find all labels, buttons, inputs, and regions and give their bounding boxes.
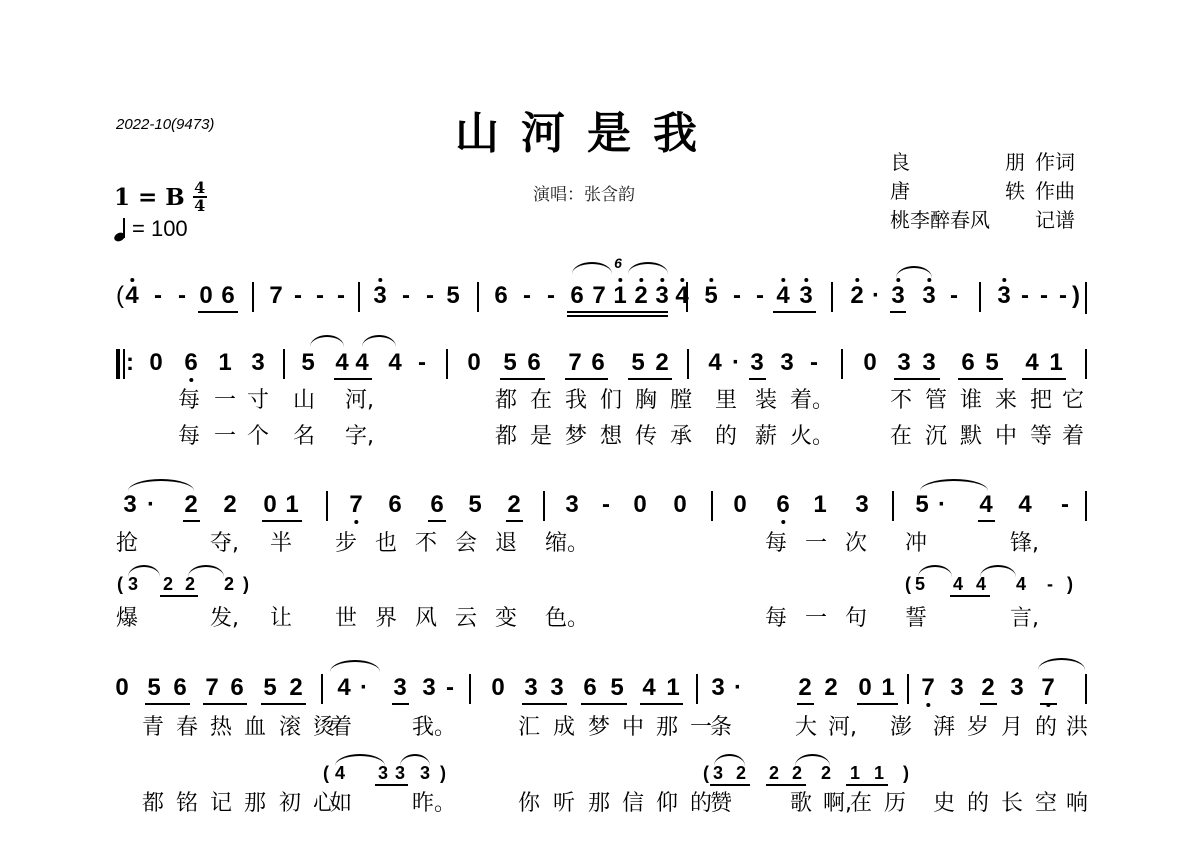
jianpu-note: - xyxy=(1059,284,1067,308)
jianpu-note: 1 xyxy=(813,493,826,517)
catalog-id: 2022-10(9473) xyxy=(116,116,214,133)
credit-name: 良 xyxy=(890,148,910,177)
lyric-char: 如 xyxy=(330,792,352,816)
lyric-char: 的 xyxy=(1035,716,1057,740)
beam-underline xyxy=(640,703,683,705)
barline xyxy=(892,491,894,521)
lyric-char: 是 xyxy=(530,425,552,449)
lyric-char: 抢 xyxy=(116,532,138,556)
jianpu-note: - xyxy=(337,284,345,308)
jianpu-note: - xyxy=(756,284,764,308)
lyric-char: 承 xyxy=(670,425,692,449)
jianpu-note: · xyxy=(147,493,155,517)
jianpu-note: 0 xyxy=(263,493,276,517)
key-signature: 1 = B 4 4 xyxy=(114,180,207,214)
jianpu-note: 6 xyxy=(527,351,540,375)
lyric-char: 变 xyxy=(495,607,517,631)
jianpu-note: 6 xyxy=(494,284,507,308)
credit-role: 作词 xyxy=(1035,148,1075,177)
jianpu-note: 7 xyxy=(205,676,218,700)
beam-underline xyxy=(773,311,816,313)
beam-underline xyxy=(766,784,806,786)
lyric-char: 色。 xyxy=(545,607,589,631)
lyric-char: 发, xyxy=(210,607,239,631)
slur-arc xyxy=(362,335,396,347)
jianpu-note: - xyxy=(418,351,426,375)
jianpu-note: ) xyxy=(1072,284,1080,308)
lyric-char: 都 xyxy=(495,425,517,449)
lyric-char: 句 xyxy=(845,607,867,631)
jianpu-note: 3 xyxy=(373,284,386,308)
lyric-char: 都 xyxy=(495,389,517,413)
lyric-char: 赞 xyxy=(710,792,732,816)
lyric-char: 昨。 xyxy=(412,792,456,816)
jianpu-note: 0 xyxy=(115,676,128,700)
jianpu-note: 3 xyxy=(128,575,138,593)
lyric-char: 言, xyxy=(1010,607,1039,631)
beam-underline xyxy=(894,378,940,380)
lyric-char: 历 xyxy=(884,792,906,816)
jianpu-note: - xyxy=(547,284,555,308)
beam-underline xyxy=(262,520,302,522)
jianpu-note: 2 xyxy=(798,676,811,700)
lyric-char: 记 xyxy=(210,792,232,816)
barline xyxy=(477,282,479,312)
jianpu-note: 4 xyxy=(388,351,401,375)
lyric-char: 梦 xyxy=(565,425,587,449)
jianpu-note: 4 xyxy=(708,351,721,375)
lyric-char: 夺, xyxy=(210,532,239,556)
jianpu-note: 7 xyxy=(349,493,362,517)
barline xyxy=(686,282,688,312)
barline xyxy=(841,349,843,379)
lyric-char: 传 xyxy=(635,425,657,449)
lyric-char: 春 xyxy=(176,716,198,740)
jianpu-note: 3 xyxy=(750,351,763,375)
lyric-char: 血 xyxy=(244,716,266,740)
jianpu-note: 4 xyxy=(1025,351,1038,375)
jianpu-note: 0 xyxy=(467,351,480,375)
beam-underline xyxy=(980,703,997,705)
jianpu-note: 1 xyxy=(1049,351,1062,375)
jianpu-note: 3 xyxy=(420,764,430,782)
paren: ) xyxy=(243,575,249,593)
jianpu-note: 4 xyxy=(976,575,986,593)
jianpu-note: - xyxy=(733,284,741,308)
lyric-char: 世 xyxy=(335,607,357,631)
jianpu-note: - xyxy=(426,284,434,308)
lyric-char: 每 xyxy=(178,389,200,413)
barline xyxy=(283,349,285,379)
slur-arc xyxy=(188,565,224,577)
song-title: 山河是我 xyxy=(455,112,719,156)
beam-underline xyxy=(183,520,200,522)
lyric-char: 月 xyxy=(1001,716,1023,740)
jianpu-note: 6 xyxy=(230,676,243,700)
lyric-char: 装 xyxy=(755,389,777,413)
jianpu-note: - xyxy=(316,284,324,308)
slur-arc xyxy=(1038,658,1085,670)
credit-name: 桃李醉春风 xyxy=(890,206,990,235)
beam-underline xyxy=(522,703,567,705)
beam-underline xyxy=(567,315,668,317)
jianpu-note: - xyxy=(1040,284,1048,308)
jianpu-note: 2 xyxy=(185,575,195,593)
lyric-char: 一 xyxy=(214,425,236,449)
lyricist-credit: 良朋 作词 xyxy=(890,148,1075,177)
jianpu-note: - xyxy=(1061,493,1069,517)
lyric-char: 每 xyxy=(178,425,200,449)
slur-arc xyxy=(714,754,745,766)
slur-arc xyxy=(128,565,160,577)
lyric-char: 个 xyxy=(247,425,269,449)
jianpu-note: - xyxy=(446,676,454,700)
jianpu-note: 6 xyxy=(221,284,234,308)
lyric-char: 洪 xyxy=(1066,716,1088,740)
lyric-char: 梦 xyxy=(588,716,610,740)
jianpu-note: · xyxy=(872,284,880,308)
jianpu-note: - xyxy=(810,351,818,375)
lyric-char: 啊, xyxy=(823,792,852,816)
paren: ( xyxy=(116,284,124,308)
lyric-char: 你 xyxy=(518,792,540,816)
barline xyxy=(116,349,120,379)
jianpu-note: 2 xyxy=(824,676,837,700)
lyric-char: 在 xyxy=(530,389,552,413)
jianpu-note: 6 xyxy=(570,284,583,308)
lyric-char: 们 xyxy=(600,389,622,413)
jianpu-note: 6 xyxy=(173,676,186,700)
jianpu-note: 6 xyxy=(961,351,974,375)
lyric-char: 缩。 xyxy=(545,532,589,556)
jianpu-note: 4 xyxy=(1018,493,1031,517)
barline xyxy=(543,491,545,521)
lyric-char: 中 xyxy=(995,425,1017,449)
lyric-char: 响 xyxy=(1066,792,1088,816)
credit-role: 作曲 xyxy=(1035,177,1075,206)
beam-underline xyxy=(710,784,750,786)
jianpu-note: 5 xyxy=(610,676,623,700)
beam-underline xyxy=(978,520,995,522)
lyric-char: 名 xyxy=(293,425,315,449)
repeat-dots: : xyxy=(126,351,134,375)
jianpu-note: 5 xyxy=(301,351,314,375)
beam-underline xyxy=(628,378,672,380)
jianpu-note: 4 xyxy=(642,676,655,700)
beam-underline xyxy=(375,784,408,786)
jianpu-note: 3 xyxy=(395,764,405,782)
jianpu-note: - xyxy=(154,284,162,308)
barline xyxy=(831,282,833,312)
beam-underline xyxy=(203,703,247,705)
jianpu-note: 6 xyxy=(591,351,604,375)
lyric-char: 里 xyxy=(715,389,737,413)
jianpu-note: 5 xyxy=(446,284,459,308)
beam-underline xyxy=(749,378,766,380)
tempo-value: = 100 xyxy=(132,216,188,242)
jianpu-note: 3 xyxy=(711,676,724,700)
beam-underline xyxy=(581,703,627,705)
lyric-char: 寸 xyxy=(247,389,269,413)
lyric-char: 冲 xyxy=(905,532,927,556)
jianpu-note: - xyxy=(294,284,302,308)
slur-arc xyxy=(795,754,830,766)
lyric-char: 不 xyxy=(890,389,912,413)
jianpu-note: · xyxy=(938,493,946,517)
jianpu-note: 5 xyxy=(915,575,925,593)
jianpu-note: 4 xyxy=(125,284,138,308)
jianpu-note: 2 xyxy=(850,284,863,308)
jianpu-note: 2 xyxy=(736,764,746,782)
lyric-char: 我。 xyxy=(412,716,456,740)
jianpu-note: 4 xyxy=(953,575,963,593)
jianpu-note: 3 xyxy=(378,764,388,782)
lyric-char: 中 xyxy=(622,716,644,740)
lyric-char: 把 xyxy=(1030,389,1052,413)
slur-arc xyxy=(310,335,344,347)
paren: ( xyxy=(323,764,329,782)
lyric-char: 每 xyxy=(765,532,787,556)
jianpu-note: 0 xyxy=(858,676,871,700)
lyric-char: 次 xyxy=(845,532,867,556)
jianpu-note: 7 xyxy=(568,351,581,375)
jianpu-note: 2 xyxy=(289,676,302,700)
slur-arc xyxy=(330,660,380,672)
credit-name: 朋 xyxy=(1005,148,1025,177)
jianpu-note: 5 xyxy=(147,676,160,700)
lyric-char: 汇 xyxy=(518,716,540,740)
barline xyxy=(321,674,323,704)
jianpu-note: 3 xyxy=(251,351,264,375)
jianpu-note: 2 xyxy=(507,493,520,517)
jianpu-note: 1 xyxy=(613,284,626,308)
jianpu-note: 3 xyxy=(550,676,563,700)
jianpu-note: - xyxy=(523,284,531,308)
jianpu-note: 4 xyxy=(335,351,348,375)
jianpu-note: 3 xyxy=(1010,676,1023,700)
lyric-char: 湃 xyxy=(933,716,955,740)
jianpu-note: 1 xyxy=(881,676,894,700)
jianpu-note: 3 xyxy=(780,351,793,375)
lyric-char: 成 xyxy=(553,716,575,740)
jianpu-note: 2 xyxy=(634,284,647,308)
lyric-char: 沉 xyxy=(925,425,947,449)
lyric-char: 想 xyxy=(600,425,622,449)
lyric-char: 界 xyxy=(375,607,397,631)
lyric-char: 半 xyxy=(270,532,292,556)
lyric-char: 胸 xyxy=(635,389,657,413)
jianpu-note: 3 xyxy=(655,284,668,308)
lyric-char: 管 xyxy=(925,389,947,413)
composer-credit: 唐轶 作曲 xyxy=(890,177,1075,206)
jianpu-note: 0 xyxy=(633,493,646,517)
jianpu-note: - xyxy=(602,493,610,517)
jianpu-note: 2 xyxy=(163,575,173,593)
paren: ) xyxy=(1067,575,1073,593)
lyric-char: 膛 xyxy=(670,389,692,413)
jianpu-note: 3 xyxy=(393,676,406,700)
jianpu-note: 7 xyxy=(921,676,934,700)
jianpu-note: 6 xyxy=(388,493,401,517)
lyric-char: 澎 xyxy=(890,716,912,740)
jianpu-note: 1 xyxy=(285,493,298,517)
lyric-char: 一 xyxy=(805,532,827,556)
lyric-char: 岁 xyxy=(967,716,989,740)
barline xyxy=(1085,349,1087,379)
time-sig-top: 4 xyxy=(194,180,205,196)
lyric-char: 都 xyxy=(142,792,164,816)
credits-block: 良朋 作词 唐轶 作曲 桃李醉春风 记谱 xyxy=(890,148,1075,235)
beam-underline xyxy=(392,703,409,705)
barline xyxy=(687,349,689,379)
lyric-char: 河, xyxy=(828,716,857,740)
lyric-char: 一 xyxy=(690,716,712,740)
barline xyxy=(469,674,471,704)
jianpu-note: 3 xyxy=(422,676,435,700)
barline xyxy=(252,282,254,312)
jianpu-note: 0 xyxy=(199,284,212,308)
lyric-char: 会 xyxy=(455,532,477,556)
slur-arc xyxy=(920,479,988,491)
jianpu-note: 0 xyxy=(733,493,746,517)
jianpu-note: 4 xyxy=(337,676,350,700)
lyric-char: 热 xyxy=(210,716,232,740)
lyric-char: 那 xyxy=(588,792,610,816)
lyric-char: 誓 xyxy=(905,607,927,631)
lyric-char: 锋, xyxy=(1010,532,1039,556)
jianpu-note: · xyxy=(732,351,740,375)
lyric-char: 信 xyxy=(622,792,644,816)
jianpu-note: 6 xyxy=(583,676,596,700)
jianpu-note: 7 xyxy=(269,284,282,308)
paren: ( xyxy=(117,575,123,593)
beam-underline xyxy=(958,378,1003,380)
beam-underline xyxy=(198,311,238,313)
slur-arc xyxy=(980,565,1016,577)
lyric-char: 着 xyxy=(1062,425,1084,449)
lyric-char: 默 xyxy=(960,425,982,449)
paren: ( xyxy=(703,764,709,782)
jianpu-note: 2 xyxy=(223,493,236,517)
lyric-char: 条 xyxy=(710,716,732,740)
beam-underline xyxy=(160,595,198,597)
lyric-char: 的 xyxy=(690,792,712,816)
slur-arc xyxy=(335,754,385,766)
barline xyxy=(446,349,448,379)
lyric-char: 初 xyxy=(279,792,301,816)
slur-arc xyxy=(628,262,668,274)
barline xyxy=(711,491,713,521)
jianpu-note: - xyxy=(178,284,186,308)
singer-credit: 演唱：张含韵 xyxy=(533,180,635,205)
beam-underline xyxy=(857,703,898,705)
lyric-char: 长 xyxy=(1001,792,1023,816)
barline xyxy=(979,282,981,312)
lyric-char: 的 xyxy=(715,425,737,449)
lyric-char: 空 xyxy=(1035,792,1057,816)
beam-underline xyxy=(797,703,814,705)
lyric-char: 每 xyxy=(765,607,787,631)
lyric-char: 青 xyxy=(142,716,164,740)
lyric-char: 那 xyxy=(244,792,266,816)
jianpu-note: 4 xyxy=(1016,575,1026,593)
lyric-char: 的 xyxy=(967,792,989,816)
lyric-char: 大 xyxy=(795,716,817,740)
jianpu-note: 5 xyxy=(631,351,644,375)
jianpu-note: 3 xyxy=(922,351,935,375)
beam-underline xyxy=(846,784,888,786)
jianpu-note: - xyxy=(1021,284,1029,308)
jianpu-note: 2 xyxy=(792,764,802,782)
lyric-char: 火。 xyxy=(790,425,834,449)
jianpu-note: 5 xyxy=(915,493,928,517)
jianpu-note: 7 xyxy=(592,284,605,308)
jianpu-note: 3 xyxy=(799,284,812,308)
jianpu-note: 6 xyxy=(430,493,443,517)
jianpu-note: 4 xyxy=(979,493,992,517)
beam-underline xyxy=(334,378,372,380)
barline xyxy=(1085,491,1087,521)
jianpu-note: 2 xyxy=(821,764,831,782)
jianpu-note: 5 xyxy=(985,351,998,375)
barline xyxy=(696,674,698,704)
slur-arc xyxy=(128,479,194,491)
lyric-char: 步 xyxy=(335,532,357,556)
time-sig-bottom: 4 xyxy=(194,198,205,214)
jianpu-note: 3 xyxy=(997,284,1010,308)
jianpu-note: · xyxy=(360,676,368,700)
lyric-char: 听 xyxy=(553,792,575,816)
jianpu-note: - xyxy=(1047,575,1053,593)
lyric-char: 在 xyxy=(890,425,912,449)
jianpu-note: 0 xyxy=(673,493,686,517)
jianpu-note: 6 xyxy=(184,351,197,375)
lyric-char: 来 xyxy=(995,389,1017,413)
lyric-char: 也 xyxy=(375,532,397,556)
barline xyxy=(907,674,909,704)
lyric-char: 我 xyxy=(565,389,587,413)
lyric-char: 字, xyxy=(345,425,374,449)
quarter-note-icon xyxy=(114,217,128,241)
lyric-char: 不 xyxy=(415,532,437,556)
lyric-char: 着。 xyxy=(790,389,834,413)
jianpu-note: 3 xyxy=(713,764,723,782)
tuplet-number: 6 xyxy=(614,254,622,272)
beam-underline xyxy=(500,378,545,380)
lyric-char: 歌 xyxy=(790,792,812,816)
key-label: 1 = B xyxy=(114,184,185,211)
credit-name: 轶 xyxy=(1005,177,1025,206)
tempo-marking: = 100 xyxy=(114,216,188,242)
lyric-char: 退 xyxy=(495,532,517,556)
credit-name: 唐 xyxy=(890,177,910,206)
jianpu-note: 7 xyxy=(1041,676,1054,700)
beam-underline xyxy=(1040,703,1057,705)
jianpu-note: 2 xyxy=(769,764,779,782)
beam-underline xyxy=(890,311,906,313)
jianpu-note: 1 xyxy=(218,351,231,375)
jianpu-note: 0 xyxy=(863,351,876,375)
jianpu-note: 3 xyxy=(950,676,963,700)
beam-underline xyxy=(950,595,990,597)
lyric-char: 爆 xyxy=(116,607,138,631)
lyric-char: 史 xyxy=(933,792,955,816)
jianpu-note: 2 xyxy=(981,676,994,700)
lyric-char: 山 xyxy=(293,389,315,413)
jianpu-note: 3 xyxy=(891,284,904,308)
lyric-char: 河, xyxy=(345,389,374,413)
jianpu-note: 5 xyxy=(704,284,717,308)
